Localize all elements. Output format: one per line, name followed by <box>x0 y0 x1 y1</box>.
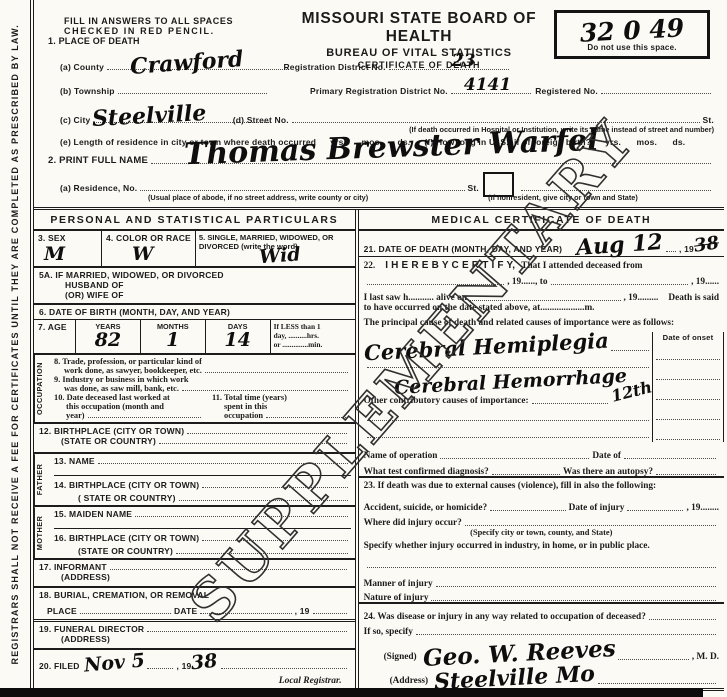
dotted-line <box>490 509 566 511</box>
sex-field: 3. SEX M <box>34 231 102 266</box>
residence-st-suffix: St. <box>468 183 479 193</box>
dotted-line <box>88 416 201 418</box>
bureau-subtitle: BUREAU OF VITAL STATISTICS <box>284 47 554 59</box>
filed-date-value: Nov 5 <box>83 651 145 675</box>
external-causes-section: 23. If death was due to external causes … <box>359 478 724 572</box>
abode-note: (Usual place of abode, if no street addr… <box>148 193 368 202</box>
dotted-line <box>465 524 716 526</box>
city-value: Steelville <box>92 102 207 130</box>
dotted-line <box>649 618 716 620</box>
dotted-line <box>187 432 346 434</box>
primary-district-label: Primary Registration District No. <box>310 86 448 96</box>
dotted-line <box>627 509 683 511</box>
dotted-line <box>551 283 689 285</box>
cause-of-death-section: Cerebral Hemiplegia Cerebral Hemorrhage … <box>359 332 724 442</box>
dotted-line <box>598 682 716 684</box>
title-block: MISSOURI STATE BOARD OF HEALTH BUREAU OF… <box>284 10 554 70</box>
dotted-line <box>656 473 716 475</box>
dotted-line <box>221 667 347 669</box>
injury-detail-section: Manner of injury Nature of injury <box>359 572 724 604</box>
registration-district-label: Registration District No. <box>283 62 385 72</box>
dotted-line <box>205 371 348 373</box>
dotted-line <box>624 457 716 459</box>
dotted-line <box>656 378 720 380</box>
dotted-line <box>135 515 347 517</box>
age-days-value: 14 <box>210 331 266 350</box>
dotted-line <box>159 442 347 444</box>
date-of-onset-column: Date of onset <box>652 332 724 442</box>
dotted-line <box>182 389 348 391</box>
operation-section: Name of operation Date of What test conf… <box>359 442 724 478</box>
dotted-line <box>147 667 173 669</box>
sex-value: M <box>44 245 97 264</box>
dotted-line <box>618 658 688 660</box>
dotted-line <box>416 633 716 635</box>
father-section: FATHER 13. NAME 14. BIRTHPLACE (CITY OR … <box>34 454 355 507</box>
occupation-section: OCCUPATION 8. Trade, profession, or part… <box>34 355 355 424</box>
dotted-line <box>140 189 464 191</box>
city-label: (c) City <box>60 115 90 125</box>
dotted-line <box>656 398 720 400</box>
dotted-line <box>440 457 589 459</box>
dotted-line <box>470 299 621 301</box>
dotted-line <box>436 585 716 587</box>
dotted-line <box>532 402 608 404</box>
township-label: (b) Township <box>60 86 115 96</box>
dotted-line <box>202 539 347 541</box>
date-of-death-year: 38 <box>693 234 720 255</box>
age-months-value: 1 <box>145 331 201 350</box>
dotted-line <box>601 92 711 94</box>
filed-field: 20. FILED Nov 5 , 19 38 Local Registrar. <box>34 650 355 691</box>
burial-field: 18. BURIAL, CREMATION, OR REMOVAL PLACE … <box>34 588 355 622</box>
nonresident-note: (If nonresident, give city or town and S… <box>488 193 638 202</box>
funeral-director-field: 19. FUNERAL DIRECTOR (ADDRESS) <box>34 622 355 650</box>
dotted-line <box>389 68 509 70</box>
certify-section: 22. I H E R E B Y C E R T I F Y, That I … <box>359 257 724 332</box>
street-no-label: (d) Street No. <box>233 115 289 125</box>
registration-district-value: 23 <box>452 53 476 70</box>
certificate-form: FILL IN ANSWERS TO ALL SPACES CHECKED IN… <box>30 0 724 688</box>
registered-no-label: Registered No. <box>535 86 598 96</box>
dotted-line <box>367 566 716 568</box>
full-name-label: 2. PRINT FULL NAME <box>48 155 148 166</box>
age-years-value: 82 <box>80 331 136 350</box>
filed-year-value: 38 <box>191 652 219 674</box>
dotted-line <box>367 419 649 421</box>
death-certificate-page: REGISTRARS SHALL NOT RECEIVE A FEE FOR C… <box>0 0 727 697</box>
foreign-units: yrs. mos. ds. <box>605 137 685 147</box>
primary-district-value: 4141 <box>464 77 511 94</box>
dotted-line <box>176 552 348 554</box>
dotted-line <box>147 630 346 632</box>
dotted-line <box>266 416 347 418</box>
dotted-line <box>202 486 347 488</box>
color-race-value: W <box>132 245 191 264</box>
dotted-line <box>666 250 676 252</box>
color-race-field: 4. COLOR OR RACE W <box>102 231 196 266</box>
dotted-line <box>313 612 347 614</box>
dotted-line <box>521 189 711 191</box>
dotted-line <box>367 436 649 438</box>
local-registrar-label: Local Registrar. <box>279 676 342 686</box>
marital-value: Wid <box>258 242 352 267</box>
occupation-last-worked: 10. Date deceased last worked at this oc… <box>54 393 204 420</box>
dotted-line <box>492 473 560 475</box>
medical-certificate-column: MEDICAL CERTIFICATE OF DEATH 21. DATE OF… <box>359 210 724 691</box>
fill-instruction: FILL IN ANSWERS TO ALL SPACES CHECKED IN… <box>34 10 284 36</box>
dotted-line <box>292 121 700 123</box>
residence-no-label: (a) Residence, No. <box>60 183 137 193</box>
dotted-line <box>656 438 720 440</box>
age-field: 7. AGE YEARS 82 MONTHS 1 DAYS 14 <box>34 320 355 355</box>
medical-heading: MEDICAL CERTIFICATE OF DEATH <box>359 210 724 231</box>
personal-particulars-column: PERSONAL AND STATISTICAL PARTICULARS 3. … <box>34 210 359 691</box>
signature-section: 24. Was disease or injury in any way rel… <box>359 604 724 691</box>
spouse-field: 5A. IF MARRIED, WIDOWED, OR DIVORCED HUS… <box>34 268 355 305</box>
county-label: (a) County <box>60 62 104 72</box>
dotted-line <box>98 462 348 464</box>
mother-side-label: MOTHER <box>34 507 50 558</box>
less-than-day-note: If LESS than 1 day, ..........hrs. or ..… <box>271 320 355 353</box>
date-of-death-field: 21. DATE OF DEATH (MONTH, DAY, AND YEAR)… <box>359 231 724 257</box>
dotted-line <box>431 599 716 601</box>
birthplace-field: 12. BIRTHPLACE (CITY OR TOWN) (STATE OR … <box>34 424 355 454</box>
informant-field: 17. INFORMANT (ADDRESS) <box>34 560 355 588</box>
street-st-suffix: St. <box>703 115 714 125</box>
dotted-line <box>611 349 649 351</box>
occupation-total-time: 11. Total time (years) spent in this occ… <box>212 393 351 420</box>
personal-heading: PERSONAL AND STATISTICAL PARTICULARS <box>34 210 355 231</box>
dotted-line <box>179 499 348 501</box>
dotted-line <box>367 283 505 285</box>
dotted-line <box>656 418 720 420</box>
contributory-label: Other contributory causes of importance: <box>364 396 529 406</box>
registrar-side-note: REGISTRARS SHALL NOT RECEIVE A FEE FOR C… <box>10 24 20 664</box>
father-side-label: FATHER <box>34 454 50 505</box>
dotted-line <box>656 358 720 360</box>
county-value: Crawford <box>129 48 244 78</box>
board-title: MISSOURI STATE BOARD OF HEALTH <box>284 10 554 46</box>
date-of-death-value: Aug 12 <box>576 231 664 259</box>
date-of-birth-field: 6. DATE OF BIRTH (MONTH, DAY, AND YEAR) <box>34 305 355 320</box>
dotted-line <box>200 612 291 614</box>
certificate-number-box: 32 0 49 Do not use this space. <box>554 10 710 59</box>
occupation-side-label: OCCUPATION <box>34 355 50 422</box>
dotted-line <box>80 612 171 614</box>
mother-section: MOTHER 15. MAIDEN NAME 16. BIRTHPLACE (C… <box>34 507 355 560</box>
marital-status-field: 5. SINGLE, MARRIED, WIDOWED, OR DIVORCED… <box>196 231 355 266</box>
certificate-number: 32 0 49 <box>560 14 703 46</box>
left-margin: REGISTRARS SHALL NOT RECEIVE A FEE FOR C… <box>0 0 30 688</box>
dotted-line <box>118 92 267 94</box>
dotted-line <box>110 568 347 570</box>
scan-edge-artifact <box>0 688 703 697</box>
